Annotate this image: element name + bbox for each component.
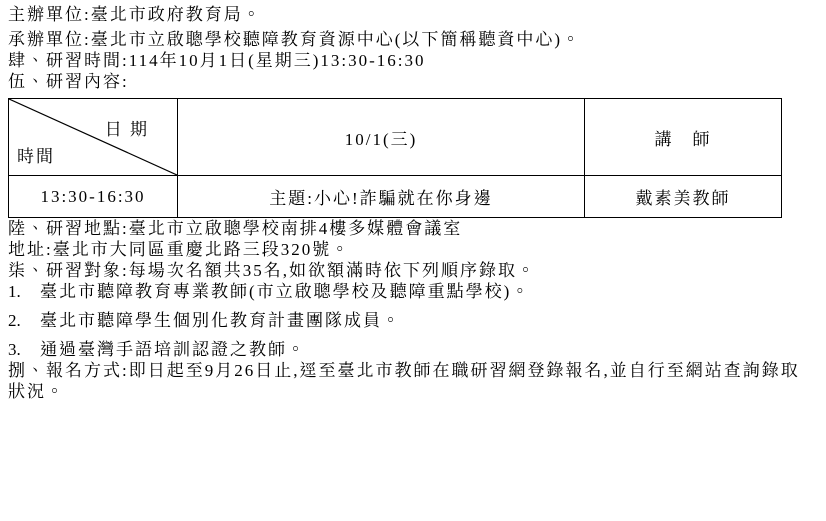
list-item: 1.臺北市聽障教育專業教師(市立啟聰學校及聽障重點學校)。 <box>8 281 818 302</box>
table-row: 13:30-16:30 主題:小心!詐騙就在你身邊 戴素美教師 <box>9 176 782 218</box>
list-item-text: 臺北市聽障學生個別化教育計畫團隊成員。 <box>40 311 401 330</box>
date-header-cell: 10/1(三) <box>178 99 585 176</box>
list-item-text: 臺北市聽障教育專業教師(市立啟聰學校及聽障重點學校)。 <box>40 282 530 301</box>
list-item-number: 2. <box>8 310 40 331</box>
section-heading-time: 肆、研習時間:114年10月1日(星期三)13:30-16:30 <box>8 50 818 71</box>
topic-cell: 主題:小心!詐騙就在你身邊 <box>178 176 585 218</box>
list-item-number: 3. <box>8 339 40 360</box>
list-item-text: 通過臺灣手語培訓認證之教師。 <box>40 340 306 359</box>
section-heading-registration: 捌、報名方式:即日起至9月26日止,逕至臺北市教師在職研習網登錄報名,並自行至網… <box>8 360 818 381</box>
section-heading-audience: 柒、研習對象:每場次名額共35名,如欲額滿時依下列順序錄取。 <box>8 260 818 281</box>
lecturer-cell: 戴素美教師 <box>585 176 782 218</box>
list-item-number: 1. <box>8 281 40 302</box>
time-cell: 13:30-16:30 <box>9 176 178 218</box>
corner-label-date: 日 期 <box>105 115 149 140</box>
location-address-line: 地址:臺北市大同區重慶北路三段320號。 <box>8 239 818 260</box>
corner-header-cell: 日 期 時間 <box>9 99 178 176</box>
organizer-cohost-line: 承辦單位:臺北市立啟聰學校聽障教育資源中心(以下簡稱聽資中心)。 <box>8 29 818 50</box>
section-heading-location: 陸、研習地點:臺北市立啟聰學校南排4樓多媒體會議室 <box>8 218 818 239</box>
list-item: 3.通過臺灣手語培訓認證之教師。 <box>8 339 818 360</box>
list-item: 2.臺北市聽障學生個別化教育計畫團隊成員。 <box>8 310 818 331</box>
section-heading-content: 伍、研習內容: <box>8 71 818 92</box>
registration-wrap-line: 狀況。 <box>8 381 818 402</box>
schedule-table: 日 期 時間 10/1(三) 講 師 13:30-16:30 主題:小心!詐騙就… <box>8 98 782 218</box>
table-header-row: 日 期 時間 10/1(三) 講 師 <box>9 99 782 176</box>
corner-label-time: 時間 <box>17 142 55 167</box>
document-page: 主辦單位:臺北市政府教育局。 承辦單位:臺北市立啟聰學校聽障教育資源中心(以下簡… <box>0 0 826 521</box>
lecturer-header-cell: 講 師 <box>585 99 782 176</box>
organizer-host-line: 主辦單位:臺北市政府教育局。 <box>8 4 818 25</box>
